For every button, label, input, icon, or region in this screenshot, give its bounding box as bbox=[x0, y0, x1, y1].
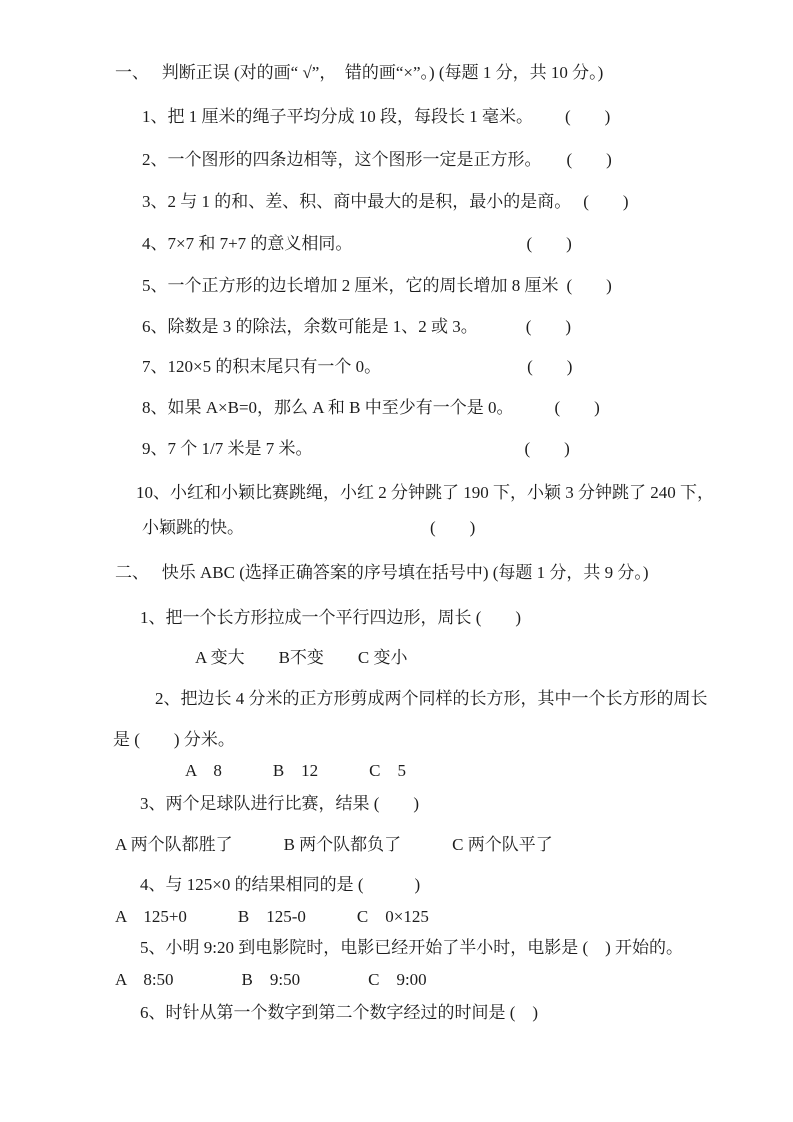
answer-bracket: ( ) bbox=[527, 356, 572, 378]
test-paper-page: 一、 判断正误 (对的画“ √”， 错的画“×”。) (每题 1 分，共 10 … bbox=[0, 0, 793, 1122]
section1-heading: 一、 判断正误 (对的画“ √”， 错的画“×”。) (每题 1 分，共 10 … bbox=[115, 62, 603, 84]
s1-question-1-text: 1、把 1 厘米的绳子平均分成 10 段，每段长 1 毫米。 bbox=[142, 107, 533, 126]
s1-question-3: 3、2 与 1 的和、差、积、商中最大的是积，最小的是商。( ) bbox=[142, 191, 629, 213]
s1-question-8-text: 8、如果 A×B=0，那么 A 和 B 中至少有一个是 0。 bbox=[142, 398, 513, 417]
s1-question-3-text: 3、2 与 1 的和、差、积、商中最大的是积，最小的是商。 bbox=[142, 192, 571, 211]
s1-question-9: 9、7 个 1/7 米是 7 米。( ) bbox=[142, 438, 570, 460]
s2-question-3: 3、两个足球队进行比赛，结果 ( ) bbox=[140, 793, 419, 815]
s2-question-2-line2: 是 ( ) 分米。 bbox=[113, 729, 235, 751]
s1-question-9-text: 9、7 个 1/7 米是 7 米。 bbox=[142, 439, 312, 458]
s1-question-8: 8、如果 A×B=0，那么 A 和 B 中至少有一个是 0。( ) bbox=[142, 397, 600, 419]
s2-question-4: 4、与 125×0 的结果相同的是 ( ) bbox=[140, 874, 420, 896]
answer-bracket: ( ) bbox=[524, 438, 569, 460]
section2-heading: 二、 快乐 ABC (选择正确答案的序号填在括号中) (每题 1 分，共 9 分… bbox=[115, 562, 649, 584]
s1-question-5-text: 5、一个正方形的边长增加 2 厘米，它的周长增加 8 厘米 bbox=[142, 276, 559, 295]
s1-question-2: 2、一个图形的四条边相等，这个图形一定是正方形。( ) bbox=[142, 149, 612, 171]
answer-bracket: ( ) bbox=[430, 517, 475, 539]
s1-question-2-text: 2、一个图形的四条边相等，这个图形一定是正方形。 bbox=[142, 150, 542, 169]
answer-bracket: ( ) bbox=[526, 316, 571, 338]
s2-question-3-options: A 两个队都胜了 B 两个队都负了 C 两个队平了 bbox=[115, 834, 553, 856]
s1-question-5: 5、一个正方形的边长增加 2 厘米，它的周长增加 8 厘米( ) bbox=[142, 275, 612, 297]
s1-question-1: 1、把 1 厘米的绳子平均分成 10 段，每段长 1 毫米。( ) bbox=[142, 106, 610, 128]
s2-question-4-options: A 125+0 B 125-0 C 0×125 bbox=[115, 906, 429, 928]
answer-bracket: ( ) bbox=[567, 275, 612, 297]
answer-bracket: ( ) bbox=[583, 191, 628, 213]
answer-bracket: ( ) bbox=[554, 397, 599, 419]
s2-question-6: 6、时针从第一个数字到第二个数字经过的时间是 ( ) bbox=[140, 1002, 538, 1024]
s2-question-2-options: A 8 B 12 C 5 bbox=[185, 760, 406, 782]
s1-question-4: 4、7×7 和 7+7 的意义相同。( ) bbox=[142, 233, 572, 255]
s1-question-10-line1: 10、小红和小颖比赛跳绳，小红 2 分钟跳了 190 下，小颖 3 分钟跳了 2… bbox=[136, 482, 714, 504]
s1-question-6-text: 6、除数是 3 的除法，余数可能是 1、2 或 3。 bbox=[142, 317, 478, 336]
s1-question-6: 6、除数是 3 的除法，余数可能是 1、2 或 3。( ) bbox=[142, 316, 571, 338]
answer-bracket: ( ) bbox=[567, 149, 612, 171]
s2-question-1: 1、把一个长方形拉成一个平行四边形，周长 ( ) bbox=[140, 607, 521, 629]
s2-question-5: 5、小明 9:20 到电影院时，电影已经开始了半小时，电影是 ( ) 开始的。 bbox=[140, 937, 683, 959]
s2-question-2-line1: 2、把边长 4 分米的正方形剪成两个同样的长方形，其中一个长方形的周长 bbox=[155, 688, 708, 710]
s1-question-7: 7、120×5 的积末尾只有一个 0。( ) bbox=[142, 356, 572, 378]
s1-question-10-line2: 小颖跳的快。( ) bbox=[142, 517, 475, 539]
answer-bracket: ( ) bbox=[565, 106, 610, 128]
answer-bracket: ( ) bbox=[526, 233, 571, 255]
s1-question-7-text: 7、120×5 的积末尾只有一个 0。 bbox=[142, 357, 381, 376]
s2-question-1-options: A 变大 B不变 C 变小 bbox=[195, 647, 408, 669]
s2-question-5-options: A 8:50 B 9:50 C 9:00 bbox=[115, 969, 427, 991]
s1-question-10-line2-text: 小颖跳的快。 bbox=[142, 518, 244, 537]
s1-question-4-text: 4、7×7 和 7+7 的意义相同。 bbox=[142, 234, 352, 253]
